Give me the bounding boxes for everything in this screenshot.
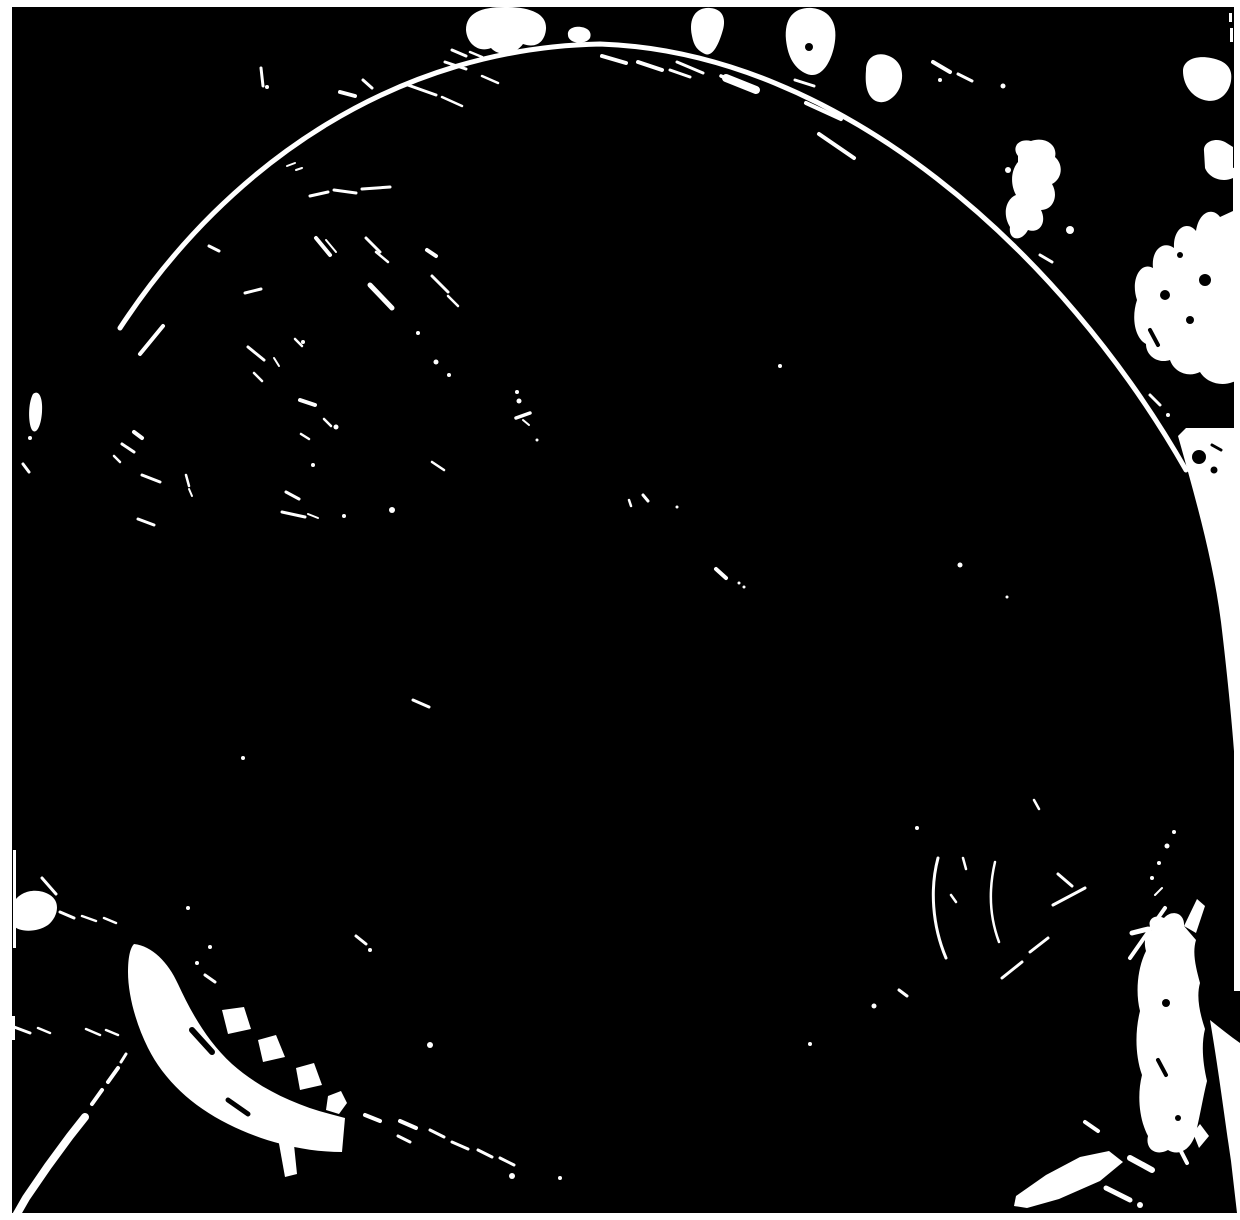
white-dot bbox=[915, 826, 919, 830]
binary-image-canvas bbox=[0, 0, 1240, 1220]
black-spot bbox=[1160, 290, 1170, 300]
white-dot bbox=[1165, 844, 1170, 849]
white-dot bbox=[1001, 84, 1006, 89]
white-dot bbox=[311, 463, 315, 467]
white-dot bbox=[1150, 876, 1154, 880]
white-dot bbox=[1137, 1202, 1143, 1208]
white-dot bbox=[301, 340, 305, 344]
background-blob-top-2 bbox=[568, 27, 591, 43]
black-spot bbox=[805, 43, 813, 51]
white-dot bbox=[517, 399, 522, 404]
white-dot bbox=[1157, 861, 1161, 865]
white-dot bbox=[334, 425, 339, 430]
white-dot bbox=[872, 1004, 877, 1009]
white-dot bbox=[1172, 830, 1176, 834]
white-dot bbox=[509, 1173, 515, 1179]
white-dot bbox=[265, 85, 269, 89]
white-dot bbox=[186, 906, 190, 910]
black-spot bbox=[1177, 252, 1183, 258]
white-mark bbox=[261, 68, 263, 86]
white-dot bbox=[208, 945, 212, 949]
white-dot bbox=[342, 514, 346, 518]
white-dot bbox=[676, 506, 679, 509]
white-mark bbox=[362, 187, 390, 189]
white-dot bbox=[434, 360, 439, 365]
white-dot bbox=[743, 586, 746, 589]
white-dot bbox=[416, 331, 420, 335]
white-strip bbox=[1230, 28, 1233, 42]
white-strip bbox=[12, 1016, 15, 1040]
black-spot bbox=[1175, 1115, 1181, 1121]
white-dot bbox=[808, 1042, 812, 1046]
white-dot bbox=[1166, 413, 1170, 417]
white-dot bbox=[778, 364, 782, 368]
white-dot bbox=[195, 961, 199, 965]
white-dot bbox=[241, 756, 245, 760]
binary-image-figure bbox=[0, 0, 1240, 1220]
white-dot bbox=[515, 390, 519, 394]
white-dot bbox=[368, 948, 372, 952]
black-spot bbox=[1192, 450, 1206, 464]
black-spot bbox=[1162, 999, 1170, 1007]
white-dot bbox=[447, 373, 451, 377]
white-dot bbox=[1006, 596, 1009, 599]
white-dot bbox=[28, 436, 32, 440]
white-dot bbox=[738, 582, 741, 585]
white-dot bbox=[558, 1176, 562, 1180]
black-spot bbox=[1186, 316, 1194, 324]
black-spot bbox=[1199, 274, 1211, 286]
white-dot bbox=[1005, 167, 1011, 173]
black-spot bbox=[1211, 467, 1218, 474]
white-strip bbox=[13, 850, 16, 948]
page bbox=[0, 0, 1240, 1220]
white-dot bbox=[427, 1042, 433, 1048]
white-dot bbox=[938, 78, 942, 82]
white-dot bbox=[958, 563, 963, 568]
white-strip bbox=[1234, 7, 1240, 991]
white-strip bbox=[1229, 13, 1232, 22]
white-dot bbox=[536, 439, 539, 442]
white-dot bbox=[389, 507, 395, 513]
white-dot bbox=[1066, 226, 1074, 234]
